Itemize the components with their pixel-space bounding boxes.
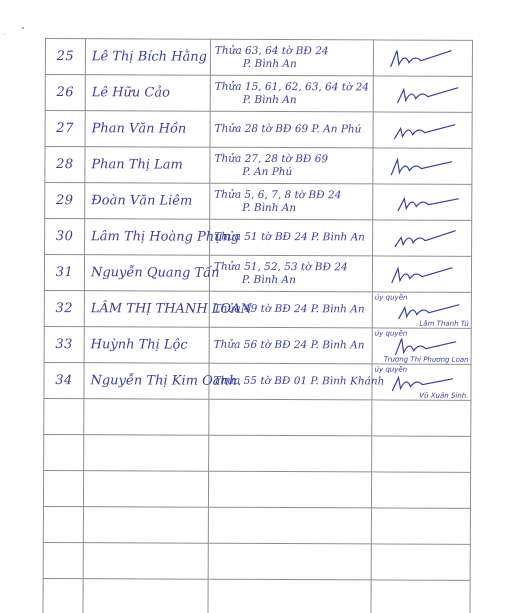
empty-cell (208, 507, 371, 544)
name-cell: LÂM THỊ THANH LOAN (84, 291, 209, 328)
scan-speck (4, 34, 5, 35)
proxy-note: ủy quyền (375, 329, 408, 337)
row-number-cell: 26 (45, 75, 85, 111)
parcel-line-2: P. Bình An (214, 201, 372, 215)
signature (374, 44, 472, 72)
row-number: 28 (45, 157, 84, 172)
parcel-line-1: Thửa 63, 64 tờ BĐ 24 (215, 44, 329, 56)
table-row: 28Phan Thị LamThửa 27, 28 tờ BĐ 69P. An … (45, 147, 472, 185)
signature-cell (373, 40, 472, 76)
signature-scribble-icon (383, 116, 463, 144)
owner-name: Phan Thị Lam (85, 157, 209, 173)
signature (373, 152, 471, 180)
row-number: 27 (46, 121, 85, 136)
parcel-line-1: Thửa 28 tờ BĐ 69 P. An Phú (215, 123, 362, 136)
empty-cell (209, 435, 372, 472)
row-number-cell: 33 (44, 326, 84, 362)
signature-scribble-icon (383, 44, 463, 72)
empty-cell (372, 400, 471, 436)
signature-register-table: 25Lê Thị Bích HằngThửa 63, 64 tờ BĐ 24P.… (42, 38, 473, 613)
owner-name: Huỳnh Thị Lộc (85, 337, 209, 353)
proxy-note: ủy quyền (375, 365, 408, 373)
row-number-cell: 31 (44, 255, 84, 291)
row-number-cell: 34 (44, 362, 84, 398)
blank-row (44, 398, 471, 436)
table-row: 33Huỳnh Thị LộcThửa 56 tờ BĐ 24 P. Bình … (44, 326, 471, 364)
parcel-cell: Thửa 49 tờ BĐ 24 P. Bình An (209, 291, 372, 328)
row-number: 25 (46, 49, 85, 64)
name-cell: Phan Thị Lam (85, 147, 210, 184)
parcel-info: Thửa 51, 52, 53 tờ BĐ 24P. Bình An (210, 260, 372, 287)
table-row: 26Lê Hữu CảoThửa 15, 61, 62, 63, 64 tờ 2… (45, 75, 472, 113)
signature-cell (373, 184, 472, 220)
parcel-line-1: Thửa 56 tờ BĐ 24 P. Bình An (214, 339, 365, 352)
signature-scribble-icon (382, 260, 462, 288)
row-number: 34 (44, 373, 83, 388)
parcel-info: Thửa 63, 64 tờ BĐ 24P. Bình An (211, 44, 373, 71)
name-cell: Đoàn Văn Liêm (85, 183, 210, 220)
parcel-cell: Thửa 63, 64 tờ BĐ 24P. Bình An (210, 39, 373, 76)
empty-cell (43, 542, 83, 578)
signature (374, 80, 472, 108)
empty-cell (83, 579, 208, 613)
parcel-line-1: Thửa 15, 61, 62, 63, 64 tờ 24 (215, 80, 369, 93)
signature (373, 260, 471, 288)
table-row: 25Lê Thị Bích HằngThửa 63, 64 tờ BĐ 24P.… (45, 39, 472, 77)
blank-row (44, 434, 471, 472)
owner-name: Lâm Thị Hoàng Phụng (85, 229, 209, 245)
parcel-line-2: P. Bình An (215, 93, 373, 107)
parcel-cell: Thửa 56 tờ BĐ 24 P. Bình An (209, 327, 372, 364)
name-cell: Lê Hữu Cảo (85, 75, 210, 112)
table-row: 30Lâm Thị Hoàng PhụngThửa 51 tờ BĐ 24 P.… (45, 219, 472, 257)
blank-row (43, 470, 470, 508)
signature-cell: ủy quyềnTrương Thị Phương Loan (372, 328, 471, 364)
parcel-cell: Thửa 15, 61, 62, 63, 64 tờ 24P. Bình An (210, 75, 373, 112)
signature (373, 188, 471, 216)
empty-cell (209, 399, 372, 436)
signature-cell: ủy quyềnLâm Thanh Tú (372, 292, 471, 328)
row-number-cell: 25 (45, 39, 85, 75)
signature-scribble-icon (382, 152, 462, 180)
row-number: 33 (45, 337, 84, 352)
proxy-name: Trương Thị Phương Loan (384, 355, 469, 363)
row-number: 32 (45, 301, 84, 316)
empty-cell (371, 472, 470, 508)
row-number-cell: 30 (45, 219, 85, 255)
empty-cell (43, 578, 83, 613)
empty-cell (208, 579, 371, 613)
owner-name: Nguyễn Quang Tấn (85, 265, 209, 281)
parcel-info: Thửa 15, 61, 62, 63, 64 tờ 24P. Bình An (211, 80, 373, 107)
parcel-info: Thửa 56 tờ BĐ 24 P. Bình An (210, 339, 372, 353)
empty-cell (84, 435, 209, 472)
parcel-line-2: P. Bình An (215, 57, 373, 71)
register-sheet: 25Lê Thị Bích HằngThửa 63, 64 tờ BĐ 24P.… (42, 38, 472, 613)
parcel-info: Thửa 28 tờ BĐ 69 P. An Phú (211, 123, 373, 137)
parcel-info: Thửa 49 tờ BĐ 24 P. Bình An (210, 303, 372, 317)
parcel-info: Thửa 27, 28 tờ BĐ 69P. An Phú (210, 152, 372, 179)
parcel-line-1: Thửa 51 tờ BĐ 24 P. Bình An (214, 231, 365, 244)
name-cell: Lâm Thị Hoàng Phụng (85, 219, 210, 256)
parcel-info: Thửa 55 tờ BĐ 01 P. Bình Khánh (209, 375, 371, 389)
name-cell: Nguyễn Quang Tấn (84, 255, 209, 292)
empty-cell (44, 398, 84, 434)
signature-scribble-icon (382, 224, 462, 252)
empty-cell (83, 543, 208, 580)
empty-cell (84, 399, 209, 436)
signature-cell (372, 256, 471, 292)
parcel-cell: Thửa 27, 28 tờ BĐ 69P. An Phú (210, 147, 373, 184)
empty-cell (371, 580, 470, 613)
row-number: 30 (45, 229, 84, 244)
parcel-line-1: Thửa 55 tờ BĐ 01 P. Bình Khánh (213, 375, 384, 388)
owner-name: Phan Văn Hồn (86, 121, 210, 137)
signature-cell (373, 220, 472, 256)
row-number-cell: 29 (45, 183, 85, 219)
name-cell: Phan Văn Hồn (85, 111, 210, 148)
table-row: 27Phan Văn HồnThửa 28 tờ BĐ 69 P. An Phú (45, 111, 472, 149)
table-row: 34Nguyễn Thị Kim Oanh.Thửa 55 tờ BĐ 01 P… (44, 362, 471, 400)
parcel-line-1: Thửa 49 tờ BĐ 24 P. Bình An (214, 303, 365, 316)
owner-name: LÂM THỊ THANH LOAN (85, 301, 209, 317)
table-row: 31Nguyễn Quang TấnThửa 51, 52, 53 tờ BĐ … (44, 255, 471, 293)
empty-cell (43, 506, 83, 542)
parcel-cell: Thửa 5, 6, 7, 8 tờ BĐ 24P. Bình An (210, 183, 373, 220)
row-number: 26 (46, 85, 85, 100)
parcel-line-1: Thửa 27, 28 tờ BĐ 69 (214, 152, 328, 164)
blank-row (43, 542, 470, 580)
row-number: 29 (45, 193, 84, 208)
proxy-note: ủy quyền (375, 293, 408, 301)
owner-name: Nguyễn Thị Kim Oanh. (84, 373, 208, 389)
empty-cell (208, 471, 371, 508)
signature-cell (373, 112, 472, 148)
row-number: 31 (45, 265, 84, 280)
parcel-cell: Thửa 55 tờ BĐ 01 P. Bình Khánh (209, 363, 372, 400)
signature-scribble-icon (383, 80, 463, 108)
owner-name: Đoàn Văn Liêm (85, 193, 209, 209)
signature (373, 224, 471, 252)
parcel-line-1: Thửa 51, 52, 53 tờ BĐ 24 (214, 260, 348, 273)
signature (374, 116, 472, 144)
table-row: 32LÂM THỊ THANH LOANThửa 49 tờ BĐ 24 P. … (44, 290, 471, 328)
parcel-info: Thửa 51 tờ BĐ 24 P. Bình An (210, 231, 372, 245)
empty-cell (44, 434, 84, 470)
parcel-info: Thửa 5, 6, 7, 8 tờ BĐ 24P. Bình An (210, 188, 372, 215)
row-number-cell: 27 (45, 111, 85, 147)
empty-cell (372, 436, 471, 472)
signature-cell (373, 148, 472, 184)
parcel-cell: Thửa 51 tờ BĐ 24 P. Bình An (210, 219, 373, 256)
empty-cell (43, 470, 83, 506)
scan-speck (22, 27, 24, 29)
owner-name: Lê Hữu Cảo (86, 85, 210, 101)
empty-cell (371, 544, 470, 580)
owner-name: Lê Thị Bích Hằng (86, 49, 210, 65)
row-number-cell: 28 (45, 147, 85, 183)
blank-row (43, 506, 470, 544)
empty-cell (83, 471, 208, 508)
parcel-line-1: Thửa 5, 6, 7, 8 tờ BĐ 24 (214, 188, 341, 201)
proxy-name: Lâm Thanh Tú (419, 320, 468, 328)
parcel-line-2: P. An Phú (214, 165, 372, 179)
proxy-name: Vũ Xuân Sinh. (419, 392, 468, 400)
parcel-cell: Thửa 51, 52, 53 tờ BĐ 24P. Bình An (209, 255, 372, 292)
parcel-line-2: P. Bình An (214, 273, 372, 287)
empty-cell (371, 508, 470, 544)
signature-cell (373, 76, 472, 112)
blank-row (43, 578, 470, 613)
table-row: 29Đoàn Văn LiêmThửa 5, 6, 7, 8 tờ BĐ 24P… (45, 183, 472, 221)
name-cell: Nguyễn Thị Kim Oanh. (84, 363, 209, 400)
row-number-cell: 32 (44, 290, 84, 326)
signature-scribble-icon (382, 188, 462, 216)
name-cell: Huỳnh Thị Lộc (84, 327, 209, 364)
signature-cell: ủy quyềnVũ Xuân Sinh. (372, 364, 471, 400)
name-cell: Lê Thị Bích Hằng (85, 39, 210, 76)
empty-cell (83, 507, 208, 544)
parcel-cell: Thửa 28 tờ BĐ 69 P. An Phú (210, 111, 373, 148)
empty-cell (208, 543, 371, 580)
